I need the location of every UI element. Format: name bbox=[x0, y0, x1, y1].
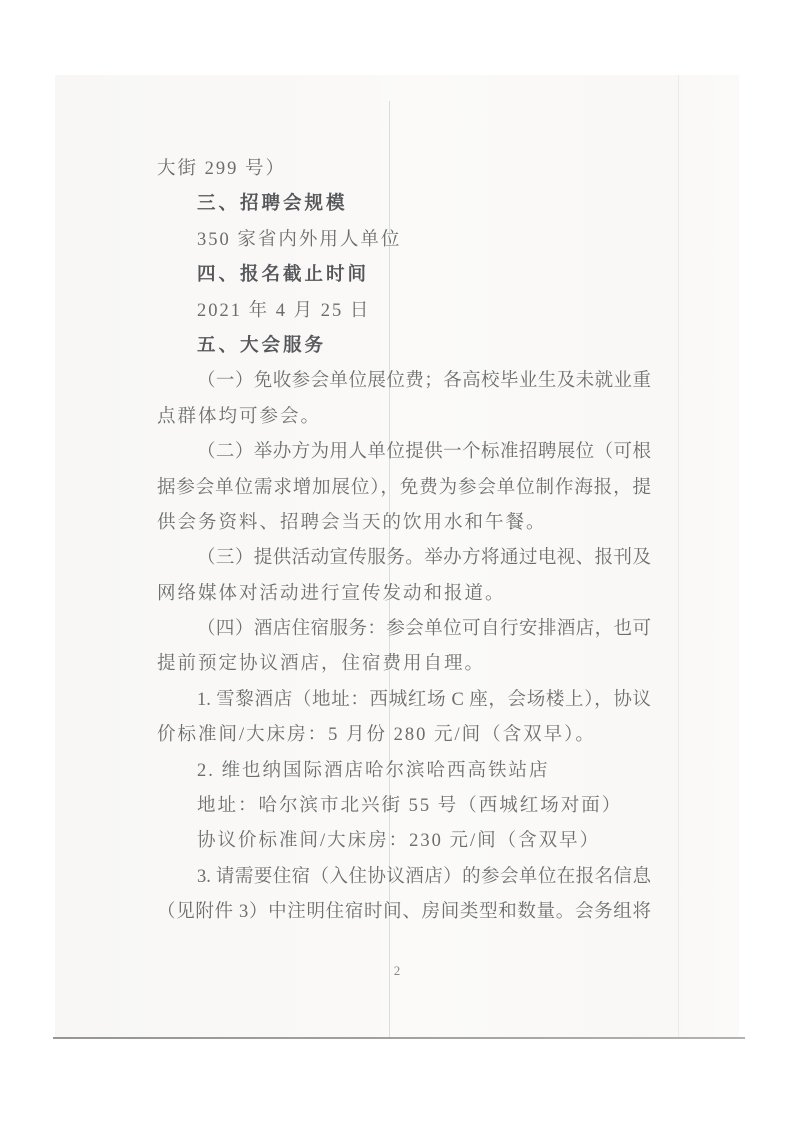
text-line-hotel-2-address: 地址：哈尔滨市北兴街 55 号（西城红场对面） bbox=[157, 789, 651, 824]
text-line: （四）酒店住宿服务：参会单位可自行安排酒店，也可 bbox=[157, 612, 651, 647]
text-line: 提前预定协议酒店，住宿费用自理。 bbox=[157, 647, 651, 682]
text-line-hotel-2-price: 协议价标准间/大床房：230 元/间（含双早） bbox=[157, 824, 651, 859]
right-fold-line bbox=[678, 75, 679, 1038]
section-heading-3: 三、招聘会规模 bbox=[157, 187, 651, 222]
text-line-deadline: 2021 年 4 月 25 日 bbox=[157, 294, 651, 329]
text-line-hotel-2: 2. 维也纳国际酒店哈尔滨哈西高铁站店 bbox=[157, 754, 651, 789]
text-line: 网络媒体对活动进行宣传发动和报道。 bbox=[157, 577, 651, 612]
scan-canvas: 大街 299 号） 三、招聘会规模 350 家省内外用人单位 四、报名截止时间 … bbox=[0, 0, 793, 1122]
section-heading-4: 四、报名截止时间 bbox=[157, 258, 651, 293]
text-line-address-continuation: 大街 299 号） bbox=[157, 152, 651, 187]
text-line: （一）免收参会单位展位费；各高校毕业生及未就业重 bbox=[157, 364, 651, 399]
text-line: （三）提供活动宣传服务。举办方将通过电视、报刊及 bbox=[157, 541, 651, 576]
document-text: 大街 299 号） 三、招聘会规模 350 家省内外用人单位 四、报名截止时间 … bbox=[157, 152, 651, 931]
page-bottom-edge bbox=[53, 1037, 745, 1039]
text-line-scale: 350 家省内外用人单位 bbox=[157, 223, 651, 258]
section-heading-5: 五、大会服务 bbox=[157, 329, 651, 364]
text-line: 据参会单位需求增加展位），免费为参会单位制作海报，提 bbox=[157, 471, 651, 506]
text-line: 供会务资料、招聘会当天的饮用水和午餐。 bbox=[157, 506, 651, 541]
scanned-page: 大街 299 号） 三、招聘会规模 350 家省内外用人单位 四、报名截止时间 … bbox=[55, 75, 739, 1039]
text-line-hotel-1: 1. 雪黎酒店（地址：西城红场 C 座，会场楼上），协议 bbox=[157, 683, 651, 718]
text-line: 点群体均可参会。 bbox=[157, 400, 651, 435]
text-line-hotel-1-price: 价标准间/大床房：5 月份 280 元/间（含双早）。 bbox=[157, 718, 651, 753]
text-line: （二）举办方为用人单位提供一个标准招聘展位（可根 bbox=[157, 435, 651, 470]
page-number: 2 bbox=[55, 963, 739, 979]
text-line: 3. 请需要住宿（入住协议酒店）的参会单位在报名信息 bbox=[157, 860, 651, 895]
text-line: （见附件 3）中注明住宿时间、房间类型和数量。会务组将 bbox=[157, 895, 651, 930]
